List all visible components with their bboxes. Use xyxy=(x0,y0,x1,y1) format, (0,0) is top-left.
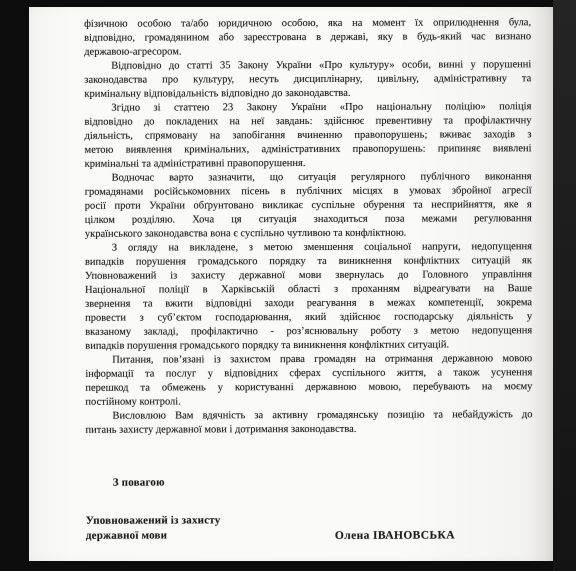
document-page: фізичною особою та/або юридичною особою,… xyxy=(29,7,553,561)
text-line: З огляду на викладене, з метою зменшення… xyxy=(85,240,532,256)
text-line: Питання, пов’язані із захистом права гро… xyxy=(85,352,532,368)
paragraph: Згідно зі статтею 23 Закону України «Про… xyxy=(84,100,531,172)
text-line: питань захисту державної мови і дотриман… xyxy=(86,422,533,438)
text-line: вказаному закладі, профілактично - роз’я… xyxy=(85,324,532,340)
text-line: Національної поліції в Харківській облас… xyxy=(85,282,532,298)
text-line: перешкод та обмежень у користуванні держ… xyxy=(85,380,532,396)
letter-content: фізичною особою та/або юридичною особою,… xyxy=(84,16,533,544)
closing-salutation: З повагою xyxy=(113,474,533,489)
text-line: метою виявлення кримінальних, адміністра… xyxy=(85,142,532,158)
text-line: українського законодавства вона є суспіл… xyxy=(85,226,532,242)
text-line: Відповідно до статті 35 Закону України «… xyxy=(84,58,531,74)
text-line: відповідно до покладених на неї завдань:… xyxy=(84,114,531,130)
signature-block: Уповноважений із захисту державної мови … xyxy=(86,512,455,543)
text-line: Висловлюю Вам вдячність за активну грома… xyxy=(85,408,532,424)
text-line: діяльність, спрямовану на запобігання вч… xyxy=(84,128,531,144)
text-line: випадків порушення громадського порядку … xyxy=(85,254,532,270)
text-line: Згідно зі статтею 23 Закону України «Про… xyxy=(84,100,531,116)
signer-name: Олена ІВАНОВСЬКА xyxy=(335,528,455,542)
letter-body: фізичною особою та/або юридичною особою,… xyxy=(84,16,532,438)
right-dark-bar xyxy=(553,0,576,571)
paragraph: Питання, пов’язані із захистом права гро… xyxy=(85,352,532,410)
paragraph: Відповідно до статті 35 Закону України «… xyxy=(84,58,531,102)
text-line: звернення та вжити відповідні заходи реа… xyxy=(85,296,532,312)
signer-title: Уповноважений із захисту державної мови xyxy=(86,513,241,544)
text-line: державою-агресором. xyxy=(84,44,531,60)
paragraph: З огляду на викладене, з метою зменшення… xyxy=(85,240,532,354)
text-line: відповідно, громадянином або зареєстрова… xyxy=(84,30,531,46)
text-line: провести з суб’єктом господарювання, яки… xyxy=(85,310,532,326)
text-line: законодавства про культуру, несуть дисци… xyxy=(84,72,531,88)
text-line: цілком розділяю. Хоча ця ситуація знаход… xyxy=(85,212,532,228)
text-line: фізичною особою та/або юридичною особою,… xyxy=(84,16,531,32)
text-line: громадянами російськомовних пісень в пуб… xyxy=(85,184,532,200)
text-line: кримінальні та адміністративні правопору… xyxy=(85,156,532,172)
paragraph: фізичною особою та/або юридичною особою,… xyxy=(84,16,531,60)
text-line: інформації та послуг у відповідних сфера… xyxy=(85,366,532,382)
paragraph: Водночас варто зазначити, що ситуація ре… xyxy=(85,170,532,242)
text-line: росії проти України обґрунтовано виклика… xyxy=(85,198,532,214)
paragraph: Висловлюю Вам вдячність за активну грома… xyxy=(85,408,532,438)
text-line: кримінальну відповідальність відповідно … xyxy=(84,86,531,102)
text-line: постійному контролі. xyxy=(85,394,532,410)
text-line: Водночас варто зазначити, що ситуація ре… xyxy=(85,170,532,186)
text-line: Уповноважений із захисту державної мови … xyxy=(85,268,532,284)
text-line: випадків порушення громадського порядку … xyxy=(85,338,532,354)
